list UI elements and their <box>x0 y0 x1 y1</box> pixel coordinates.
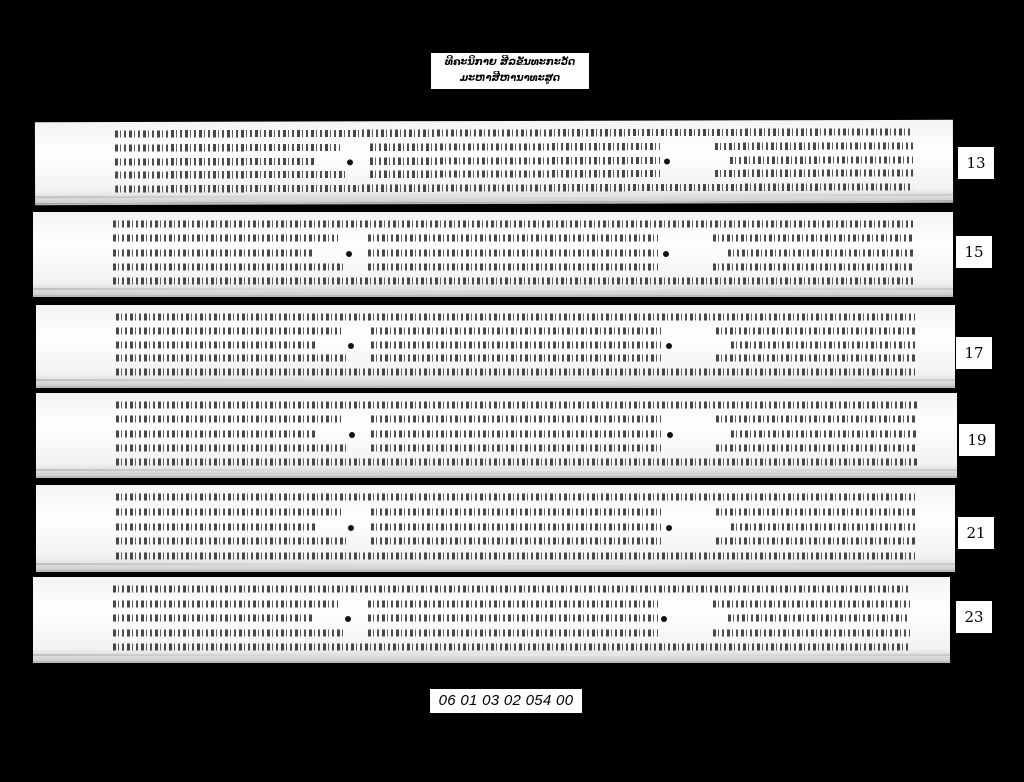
palm-leaf-folio-15 <box>33 212 953 297</box>
script-lines <box>116 399 917 468</box>
palm-leaf-folio-13 <box>35 120 953 205</box>
script-lines <box>113 218 913 287</box>
folio-number-label: 13 <box>958 147 994 179</box>
palm-leaf-folio-17 <box>36 305 955 388</box>
binding-hole-icon <box>664 158 670 164</box>
folio-number-label: 17 <box>956 337 992 369</box>
title-line-1: ທີຄະນິກາຍ ສີລຂັນທະກະວັດ <box>431 55 589 71</box>
binding-hole-icon <box>666 525 672 531</box>
script-lines <box>115 126 913 195</box>
script-lines <box>116 311 915 378</box>
folio-number-label: 21 <box>958 517 994 549</box>
script-lines <box>113 583 910 653</box>
palm-leaf-folio-23 <box>33 577 950 663</box>
palm-leaf-folio-21 <box>36 485 955 572</box>
folio-number-label: 19 <box>959 424 995 456</box>
folio-number-label: 23 <box>956 601 992 633</box>
script-lines <box>116 491 915 562</box>
binding-hole-icon <box>345 616 351 622</box>
binding-hole-icon <box>663 251 669 257</box>
folio-number-label: 15 <box>956 236 992 268</box>
binding-hole-icon <box>346 251 352 257</box>
manuscript-title-card: ທີຄະນິກາຍ ສີລຂັນທະກະວັດ ມະຫາສີຫານາທະສູດ <box>431 53 589 89</box>
catalog-id-label: 06 01 03 02 054 00 <box>430 689 582 713</box>
binding-hole-icon <box>667 432 673 438</box>
title-line-2: ມະຫາສີຫານາທະສູດ <box>431 71 589 87</box>
palm-leaf-folio-19 <box>36 393 957 478</box>
binding-hole-icon <box>347 159 353 165</box>
binding-hole-icon <box>666 343 672 349</box>
binding-hole-icon <box>349 432 355 438</box>
